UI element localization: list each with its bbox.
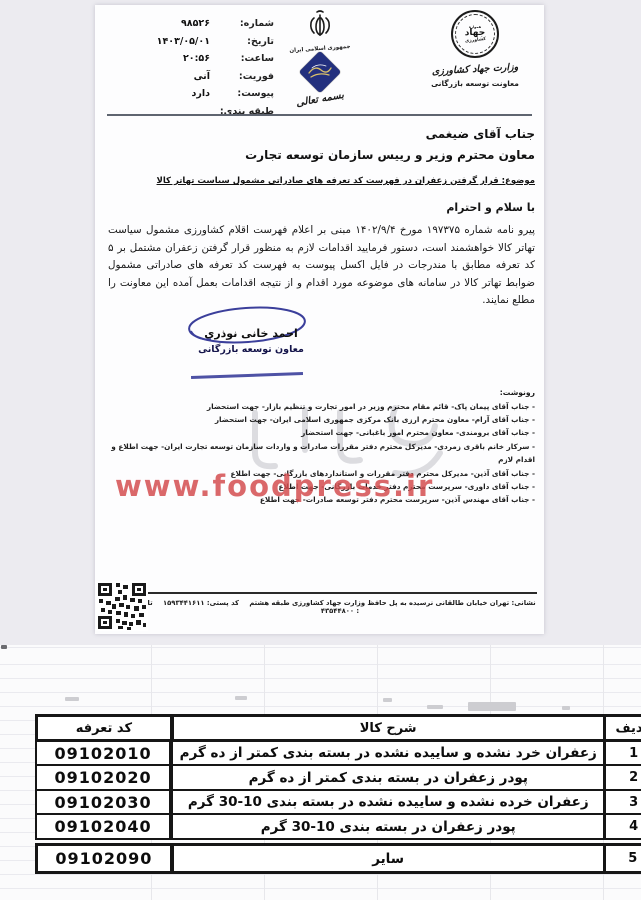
meta-value: آنی — [102, 71, 216, 82]
cc-heading: رونوشت: — [95, 386, 535, 400]
screenshot-root: شماره: ۹۸۵۲۶ تاریخ: ۱۴۰۳/۰۵/۰۱ ساعت: ۲۰:… — [0, 0, 641, 900]
cell-row-number: 3 — [603, 791, 641, 814]
table-row: 1 زعفران خرد نشده و ساییده نشده در بسته … — [35, 740, 641, 767]
jihad-agriculture-seal-icon: همواره جهاد کشاورزی — [451, 10, 499, 58]
ghost-mark — [235, 696, 247, 700]
national-emblem-stack: جمهوری اسلامی ایران بسمه تعالی — [287, 9, 353, 105]
meta-row-urgency: فوریت: آنی — [102, 68, 274, 86]
meta-row-attachment: پیوست: دارد — [102, 85, 274, 103]
recipient-name: جناب آقای ضیغمی — [245, 124, 535, 145]
header-goods-description: شرح کالا — [174, 717, 603, 739]
cc-item: - جناب آقای آرام- معاون محترم ارزی بانک … — [95, 413, 535, 426]
recipient-title: معاون محترم وزیر و رییس سازمان توسعه تجا… — [245, 145, 535, 166]
ghost-mark — [383, 698, 392, 702]
cell-goods-description: پودر زعفران در بسته بندی 10-30 گرم — [173, 815, 603, 838]
cell-tariff-code: 09102040 — [37, 815, 173, 838]
cell-row-number: 4 — [603, 815, 641, 838]
header-divider-line — [107, 114, 532, 116]
cc-item: - جناب آقای پیمان پاک- قائم مقام محترم و… — [95, 400, 535, 413]
ghost-mark — [562, 706, 570, 710]
letter-paper: شماره: ۹۸۵۲۶ تاریخ: ۱۴۰۳/۰۵/۰۱ ساعت: ۲۰:… — [95, 5, 544, 634]
table-row: 3 زعفران خرده نشده و ساییده نشده در بسته… — [35, 789, 641, 816]
spreadsheet-section: ردیف شرح کالا کد تعرفه 1 زعفران خرد نشده… — [0, 645, 641, 900]
meta-label: شماره: — [216, 18, 274, 29]
meta-label: ساعت: — [216, 53, 274, 64]
iran-emblem-icon — [305, 26, 335, 45]
header-row-number: ردیف — [603, 717, 641, 739]
seal-top-text: همواره — [469, 25, 481, 29]
cell-row-number: 5 — [603, 846, 641, 871]
cell-tariff-code: 09102030 — [37, 791, 173, 814]
signer-title: معاون توسعه بازرگانی — [195, 344, 307, 355]
qr-code-icon — [96, 581, 148, 635]
tariff-table: ردیف شرح کالا کد تعرفه 1 زعفران خرد نشده… — [35, 714, 641, 874]
meta-label: فوریت: — [216, 71, 274, 82]
cell-goods-description: زعفران خرد نشده و ساییده نشده در بسته بن… — [173, 742, 603, 765]
meta-value: ۱۴۰۳/۰۵/۰۱ — [102, 36, 216, 47]
year-slogan-badge-icon — [299, 51, 341, 93]
letter-meta-block: شماره: ۹۸۵۲۶ تاریخ: ۱۴۰۳/۰۵/۰۱ ساعت: ۲۰:… — [102, 15, 274, 120]
cc-item: - سرکار خانم باقری زمردی- مدیرکل محترم د… — [95, 440, 535, 467]
cell-goods-description: زعفران خرده نشده و ساییده نشده در بسته ب… — [173, 791, 603, 814]
ghost-mark — [65, 697, 79, 701]
table-row: 4 پودر زعفران در بسته بندی 10-30 گرم 091… — [35, 813, 641, 840]
meta-value: ۲۰:۵۶ — [102, 53, 216, 64]
signature-block: احمد خانی نوذری معاون توسعه بازرگانی — [195, 327, 307, 355]
letter-subject: موضوع: قرار گرفتن زعفران در فهرست کد تعر… — [157, 176, 535, 186]
recipient-block: جناب آقای ضیغمی معاون محترم وزیر و رییس … — [245, 124, 535, 166]
foodpress-watermark-text: www.foodpress.ir — [115, 469, 525, 503]
ministry-header-block: همواره جهاد کشاورزی وزارت جهاد کشاورزی م… — [425, 8, 525, 88]
footer-postal-code: کد پستی: ۱۵۹۳۴۴۱۶۱۱ — [163, 599, 239, 607]
signer-name: احمد خانی نوذری — [195, 327, 307, 340]
meta-row-classification: طبقه بندی: — [102, 103, 274, 121]
meta-value: ۹۸۵۲۶ — [102, 18, 216, 29]
meta-row-number: شماره: ۹۸۵۲۶ — [102, 15, 274, 33]
letter-body-paragraph: پیرو نامه شماره ۱۹۷۳۷۵ مورخ ۱۴۰۲/۹/۴ مبن… — [108, 222, 535, 310]
ghost-mark — [427, 705, 443, 709]
cell-row-number: 1 — [603, 742, 641, 765]
cell-tariff-code: 09102020 — [37, 766, 173, 789]
ghost-mark — [468, 702, 516, 711]
signature-strike-line — [191, 372, 303, 378]
cell-goods-description: پودر زعفران در بسته بندی کمتر از ده گرم — [173, 766, 603, 789]
cc-item: - جناب آقای برومندی- معاون محترم امور با… — [95, 426, 535, 439]
meta-row-date: تاریخ: ۱۴۰۳/۰۵/۰۱ — [102, 33, 274, 51]
seal-sub-text: کشاورزی — [464, 37, 485, 44]
footer-divider-line — [147, 592, 537, 594]
table-row: 2 پودر زعفران در بسته بندی کمتر از ده گر… — [35, 764, 641, 791]
header-tariff-code: کد تعرفه — [38, 717, 174, 739]
table-header-row: ردیف شرح کالا کد تعرفه — [35, 714, 641, 742]
footer-contact-line: نشانی: تهران خیابان طالقانی نرسیده به پل… — [135, 599, 537, 615]
cell-tariff-code: 09102090 — [38, 846, 174, 871]
ministry-department-text: معاونت توسعه بازرگانی — [425, 79, 525, 88]
footer-address: نشانی: تهران خیابان طالقانی نرسیده به پل… — [249, 599, 535, 607]
meta-row-time: ساعت: ۲۰:۵۶ — [102, 50, 274, 68]
meta-value: دارد — [102, 88, 216, 99]
meta-label: پیوست: — [216, 88, 274, 99]
meta-label: تاریخ: — [216, 36, 274, 47]
ghost-mark — [1, 645, 7, 649]
cell-tariff-code: 09102010 — [37, 742, 173, 765]
cell-goods-description: سایر — [174, 846, 603, 871]
ministry-name-calligraphy: وزارت جهاد کشاورزی — [425, 61, 525, 77]
table-row: 5 سایر 09102090 — [35, 843, 641, 874]
cell-row-number: 2 — [603, 766, 641, 789]
salutation-text: با سلام و احترام — [446, 201, 535, 214]
